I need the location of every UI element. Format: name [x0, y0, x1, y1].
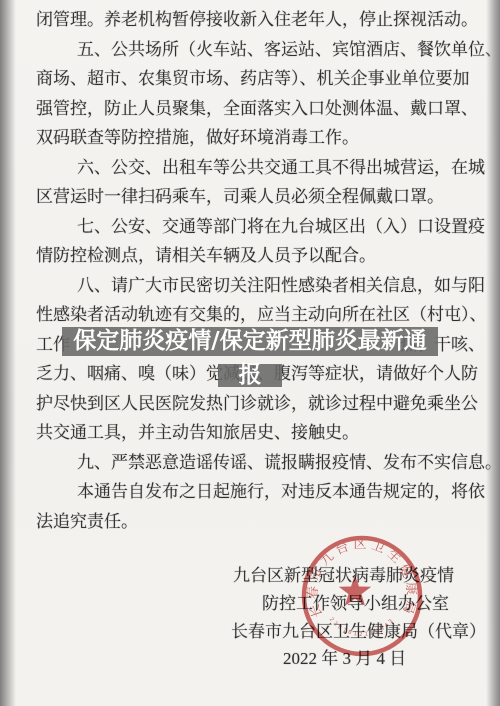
document-line-text: 区营运时一律扫码乘车，司乘人员必须全程佩戴口罩。: [36, 182, 444, 207]
document-line: 七、公安、交通等部门将在九台城区出（入）口设置疫: [36, 210, 485, 240]
document-line-text: 八、请广大市民密切关注阳性感染者相关信息，如与阳: [77, 271, 485, 296]
document-line-text: 护尽快到区人民医院发热门诊就诊，就诊过程中避免乘坐公: [36, 389, 478, 414]
document-line-text: 闭管理。养老机构暂停接收新入住老年人，停止探视活动。: [36, 5, 478, 30]
document-line: 六、公交、出租车等公共交通工具不得出城营运，在城: [36, 151, 485, 181]
page-title-line1: 保定肺炎疫情/保定新型肺炎最新通: [62, 327, 438, 356]
document-line: 五、公共场所（火车站、客运站、宾馆酒店、餐饮单位、: [36, 33, 485, 63]
document-line: 性感染者活动轨迹有交集的，应当主动向所在社区（村屯）、: [36, 298, 485, 328]
document-line-text: 本通告自发布之日起施行，对违反本通告规定的，将依: [77, 477, 485, 502]
svg-text:长春市九台区卫生健康局: 长春市九台区卫生健康局: [305, 536, 420, 619]
document-line-text: 六、公交、出租车等公共交通工具不得出城营运，在城: [77, 153, 485, 178]
document-line: 双码联查等防控措施，做好环境消毒工作。: [36, 121, 485, 151]
document-line-text: 双码联查等防控措施，做好环境消毒工作。: [36, 123, 359, 148]
document-line: 商场、超市、农集贸市场、药店等）、机关企事业单位要加: [36, 62, 485, 92]
document-line: 闭管理。养老机构暂停接收新入住老年人，停止探视活动。: [36, 3, 485, 33]
document-line-text: 法追究责任。: [36, 507, 138, 532]
document-line: 九、严禁恶意造谣传谣、谎报瞒报疫情、发布不实信息。: [36, 446, 485, 476]
page-title-line2: 报: [218, 364, 282, 387]
document-line-text: 共交通工具，并主动告知旅居史、接触史。: [36, 418, 359, 443]
document-line-text: 五、公共场所（火车站、客运站、宾馆酒店、餐饮单位、: [77, 35, 500, 60]
document-line: 八、请广大市民密切关注阳性感染者相关信息，如与阳: [36, 269, 485, 299]
seal-ring-text: 长春市九台区卫生健康局: [305, 536, 420, 619]
document-line: 强管控，防止人员聚集，全面落实入口处测体温、戴口罩、: [36, 92, 485, 122]
document-line-text: 情防控检测点，请相关车辆及人员予以配合。: [36, 241, 376, 266]
svg-text:2201012120943: 2201012120943: [328, 617, 396, 638]
seal-star-icon: [339, 575, 371, 606]
seal-code: 2201012120943: [328, 617, 396, 638]
document-line: 护尽快到区人民医院发热门诊就诊，就诊过程中避免乘坐公: [36, 387, 485, 417]
notice-body-text: 闭管理。养老机构暂停接收新入住老年人，停止探视活动。 五、公共场所（火车站、客运…: [36, 3, 485, 534]
document-line-text: 强管控，防止人员聚集，全面落实入口处测体温、戴口罩、: [36, 94, 478, 119]
document-line: 本通告自发布之日起施行，对违反本通告规定的，将依: [36, 475, 485, 505]
page-title: 保定肺炎疫情/保定新型肺炎最新通 报: [0, 327, 500, 388]
document-line-text: 性感染者活动轨迹有交集的，应当主动向所在社区（村屯）、: [36, 300, 487, 325]
document-line: 区营运时一律扫码乘车，司乘人员必须全程佩戴口罩。: [36, 180, 485, 210]
scanned-notice-page: 闭管理。养老机构暂停接收新入住老年人，停止探视活动。 五、公共场所（火车站、客运…: [0, 0, 500, 706]
document-line: 共交通工具，并主动告知旅居史、接触史。: [36, 416, 485, 446]
official-seal: 长春市九台区卫生健康局 2201012120943: [296, 530, 428, 662]
document-line-text: 商场、超市、农集贸市场、药店等）、机关企事业单位要加: [36, 64, 470, 89]
document-line-text: 九、严禁恶意造谣传谣、谎报瞒报疫情、发布不实信息。: [77, 448, 500, 473]
document-line: 情防控检测点，请相关车辆及人员予以配合。: [36, 239, 485, 269]
document-line-text: 七、公安、交通等部门将在九台城区出（入）口设置疫: [77, 212, 485, 237]
